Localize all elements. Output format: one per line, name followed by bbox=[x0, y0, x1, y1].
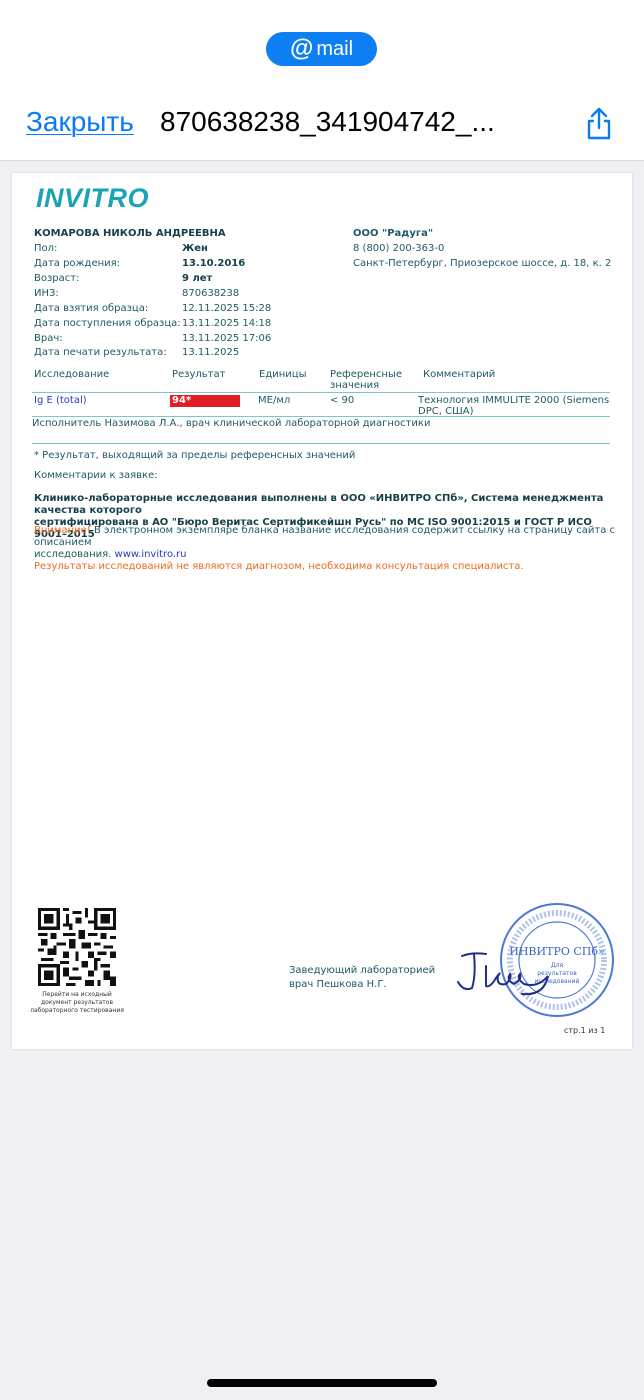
attention-label: Внимание! bbox=[34, 525, 91, 536]
field-label: Пол: bbox=[34, 243, 57, 254]
org-phone: 8 (800) 200-363-0 bbox=[353, 243, 444, 254]
field-value: 13.11.2025 14:18 bbox=[182, 318, 271, 329]
page-number: стр.1 из 1 bbox=[564, 1026, 605, 1035]
order-comments-label: Комментарии к заявке: bbox=[34, 470, 158, 481]
field-label: Дата рождения: bbox=[34, 258, 120, 269]
result-reference: < 90 bbox=[330, 395, 354, 406]
table-divider bbox=[32, 392, 610, 393]
col-header-reference: Референсные значения bbox=[330, 369, 402, 391]
col-header-units: Единицы bbox=[259, 369, 306, 380]
qr-code[interactable] bbox=[38, 908, 116, 986]
signature-icon bbox=[452, 948, 562, 998]
field-value: 9 лет bbox=[182, 273, 212, 284]
table-divider bbox=[32, 416, 610, 417]
col-header-result: Результат bbox=[172, 369, 225, 380]
file-title: 870638238_341904742_... bbox=[160, 106, 495, 138]
field-label: Возраст: bbox=[34, 273, 79, 284]
table-divider bbox=[32, 443, 610, 444]
col-header-comment: Комментарий bbox=[423, 369, 495, 380]
org-address: Санкт-Петербург, Приозерское шоссе, д. 1… bbox=[353, 258, 611, 269]
field-label: Врач: bbox=[34, 333, 63, 344]
field-value: 12.11.2025 15:28 bbox=[182, 303, 271, 314]
viewer-header: @ mail Закрыть 870638238_341904742_... bbox=[0, 0, 644, 161]
close-button[interactable]: Закрыть bbox=[26, 106, 134, 138]
field-value: Жен bbox=[182, 243, 208, 254]
share-icon bbox=[584, 106, 614, 142]
result-value-flagged: 94* bbox=[170, 395, 240, 407]
notice-text: Внимание! В электронном экземпляре бланк… bbox=[34, 525, 624, 573]
at-icon: @ bbox=[290, 35, 313, 63]
test-name-link[interactable]: Ig E (total) bbox=[34, 395, 87, 406]
field-value: 13.11.2025 17:06 bbox=[182, 333, 271, 344]
disclaimer: Результаты исследований не являются диаг… bbox=[34, 561, 624, 573]
field-label: ИНЗ: bbox=[34, 288, 59, 299]
home-indicator[interactable] bbox=[207, 1379, 437, 1387]
signatory: Заведующий лабораторией врач Пешкова Н.Г… bbox=[289, 964, 435, 992]
field-value: 13.10.2016 bbox=[182, 258, 245, 269]
field-label: Дата печати результата: bbox=[34, 347, 167, 358]
field-label: Дата поступления образца: bbox=[34, 318, 181, 329]
result-units: МЕ/мл bbox=[258, 395, 290, 406]
result-comment: Технология IMMULITE 2000 (Siemens DPC, С… bbox=[418, 395, 609, 417]
field-value: 13.11.2025 bbox=[182, 347, 239, 358]
org-name: ООО "Радуга" bbox=[353, 228, 433, 239]
invitro-logo: INVITRO bbox=[36, 183, 149, 214]
footnote: * Результат, выходящий за пределы рефере… bbox=[34, 450, 355, 461]
lab-report-page: INVITRO КОМАРОВА НИКОЛЬ АНДРЕЕВНА Пол: Ж… bbox=[12, 173, 632, 1049]
mail-badge-label: mail bbox=[316, 38, 353, 61]
mail-app-badge[interactable]: @ mail bbox=[266, 32, 377, 66]
col-header-test: Исследование bbox=[34, 369, 109, 380]
field-value: 870638238 bbox=[182, 288, 239, 299]
invitro-website-link[interactable]: www.invitro.ru bbox=[115, 549, 187, 560]
patient-name: КОМАРОВА НИКОЛЬ АНДРЕЕВНА bbox=[34, 228, 226, 239]
performer: Исполнитель Назимова Л.А., врач клиничес… bbox=[32, 418, 430, 429]
qr-caption: Перейти на исходный документ результатов… bbox=[22, 991, 132, 1015]
field-label: Дата взятия образца: bbox=[34, 303, 148, 314]
share-button[interactable] bbox=[584, 106, 614, 142]
